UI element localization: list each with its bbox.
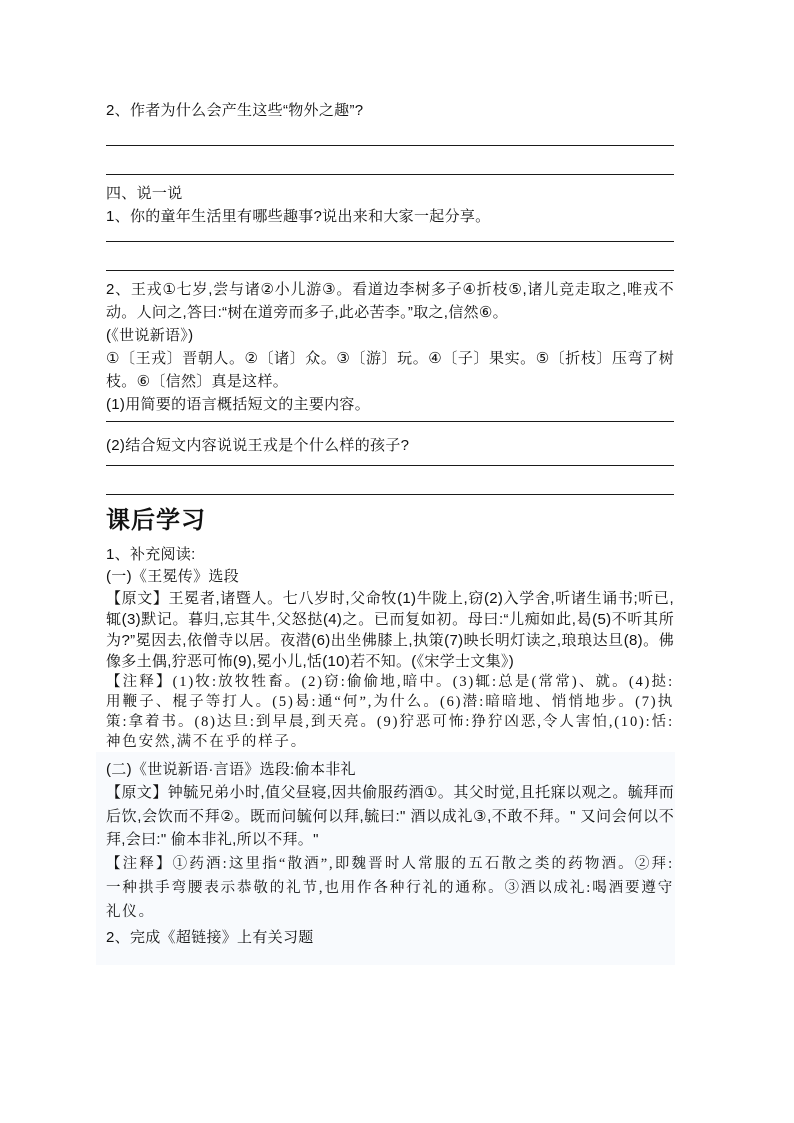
answer-line xyxy=(106,242,674,271)
reading-2-title: (二)《世说新语·言语》选段:偷本非礼 xyxy=(106,758,674,781)
section-4-heading: 四、说一说 xyxy=(106,182,674,205)
question-2-prompt: 2、作者为什么会产生这些“物外之趣”? xyxy=(106,99,674,122)
after-class-heading: 课后学习 xyxy=(106,505,674,537)
passage-annotations: ①〔王戎〕晋朝人。②〔诸〕众。③〔游〕玩。④〔子〕果实。⑤〔折枝〕压弯了树枝。⑥… xyxy=(106,347,674,393)
worksheet-page: 2、作者为什么会产生这些“物外之趣”? 四、说一说 1、你的童年生活里有哪些趣事… xyxy=(0,0,794,1123)
homework-item-2: 2、完成《超链接》上有关习题 xyxy=(106,926,674,949)
answer-line xyxy=(106,466,674,495)
answer-line xyxy=(106,457,674,466)
reading-2-annotations: 【注释】①药酒:这里指“散酒”,即魏晋时人常服的五石散之类的药物酒。②拜:一种拱… xyxy=(106,852,674,924)
subquestion-1: (1)用简要的语言概括短文的主要内容。 xyxy=(106,393,674,416)
reading-1-title: (一)《王冕传》选段 xyxy=(106,566,674,588)
answer-line xyxy=(106,122,674,146)
worksheet-content: 2、作者为什么会产生这些“物外之趣”? 四、说一说 1、你的童年生活里有哪些趣事… xyxy=(106,0,674,965)
answer-line xyxy=(106,146,674,175)
reading-1-annotations: 【注释】(1)牧:放牧牲畜。(2)窃:偷偷地,暗中。(3)辄:总是(常常)、就。… xyxy=(106,672,674,752)
wangrong-passage: 2、王戎①七岁,尝与诸②小儿游③。看道边李树多子④折枝⑤,诸儿竞走取之,唯戎不动… xyxy=(106,278,674,324)
reading-2-panel: (二)《世说新语·言语》选段:偷本非礼 【原文】钟毓兄弟小时,值父昼寝,因共偷服… xyxy=(96,752,675,965)
supplement-reading-label: 1、补充阅读: xyxy=(106,544,674,566)
passage-source: (《世说新语》) xyxy=(106,324,674,347)
reading-1-original: 【原文】王冕者,诸暨人。七八岁时,父命牧(1)牛陇上,窃(2)入学舍,听诸生诵书… xyxy=(106,588,674,672)
subquestion-2: (2)结合短文内容说说王戎是个什么样的孩子? xyxy=(106,434,674,457)
answer-line xyxy=(106,416,674,422)
answer-line xyxy=(106,228,674,242)
reading-2-original: 【原文】钟毓兄弟小时,值父昼寝,因共偷服药酒①。其父时觉,且托寐以观之。毓拜而后… xyxy=(106,781,674,852)
share-question: 1、你的童年生活里有哪些趣事?说出来和大家一起分享。 xyxy=(106,205,674,228)
